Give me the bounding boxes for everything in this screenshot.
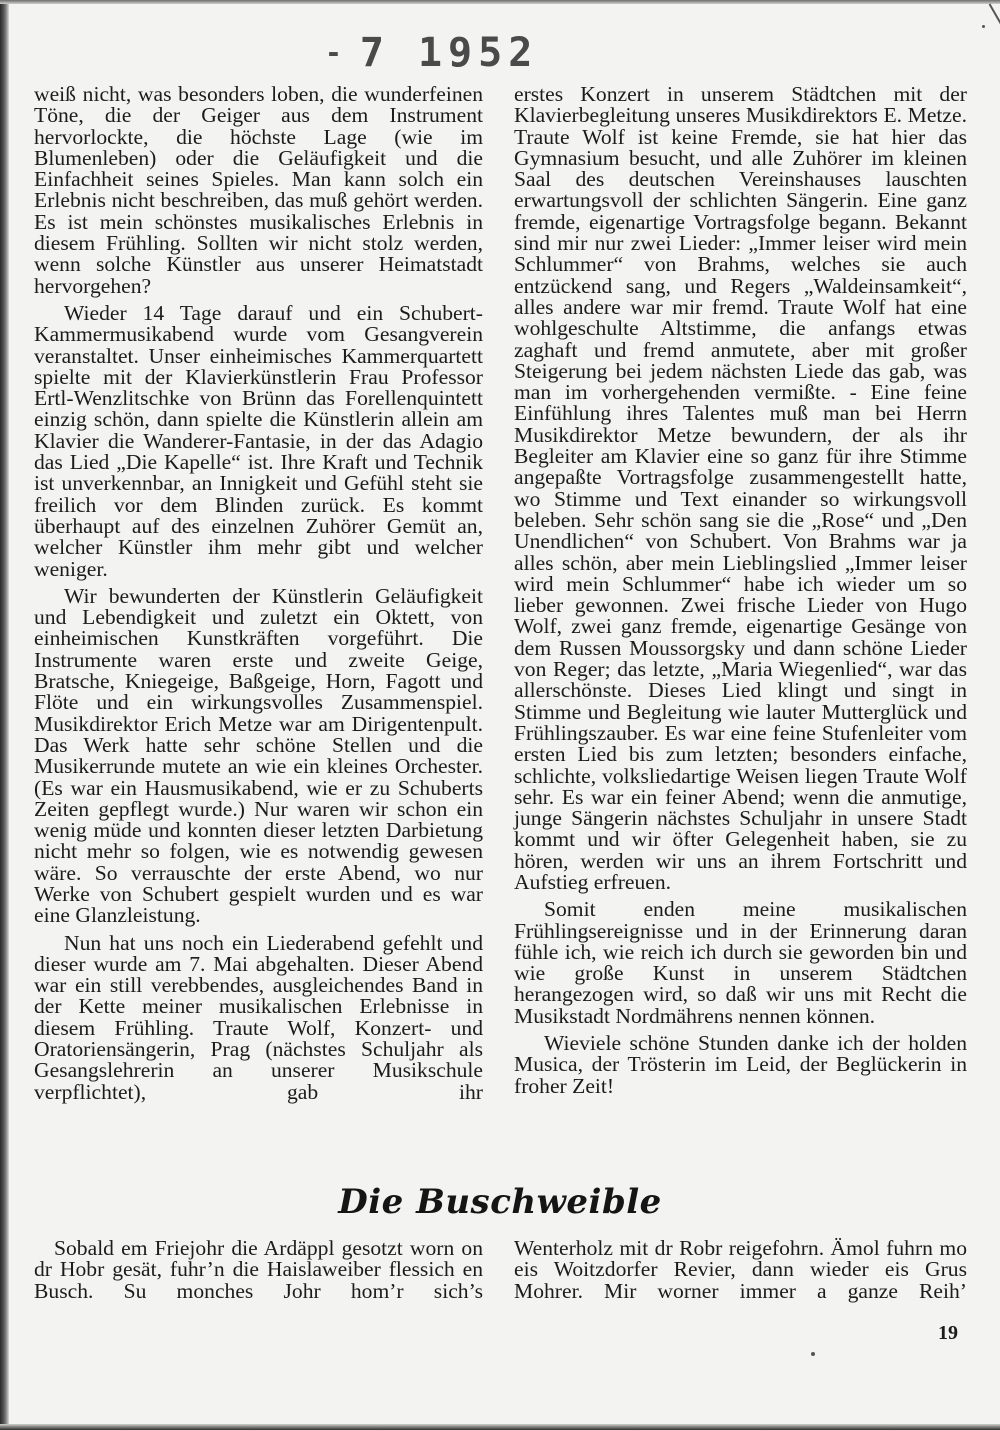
scan-top-edge bbox=[0, 0, 1000, 4]
article-2-title: Die Buschweible bbox=[0, 1182, 1000, 1222]
page-number: 19 bbox=[938, 1322, 958, 1345]
paragraph: Wieviele schöne Stunden danke ich der ho… bbox=[514, 1033, 967, 1097]
paragraph: Wir bewunderten der Künstlerin Geläufigk… bbox=[34, 586, 483, 927]
article-1-left-column: weiß nicht, was besonders loben, die wun… bbox=[34, 84, 483, 1103]
article-1-right-column: erstes Konzert in unserem Städtchen mit … bbox=[514, 84, 967, 1097]
stamp-dash: - bbox=[325, 36, 348, 69]
scan-speck bbox=[811, 1352, 815, 1356]
paragraph: weiß nicht, was besonders loben, die wun… bbox=[34, 84, 483, 297]
paragraph: Sobald em Friejohr die Ardäppl gesotzt w… bbox=[34, 1238, 483, 1302]
article-2-left-column: Sobald em Friejohr die Ardäppl gesotzt w… bbox=[34, 1238, 483, 1302]
scan-mark bbox=[989, 4, 1000, 31]
paragraph: erstes Konzert in unserem Städtchen mit … bbox=[514, 84, 967, 893]
scan-bottom-edge bbox=[0, 1424, 1000, 1430]
stamp-year: 1952 bbox=[418, 30, 538, 76]
scan-speck bbox=[982, 25, 985, 28]
stamp-day: 7 bbox=[360, 30, 390, 76]
paragraph: Somit enden meine musikalischen Frühling… bbox=[514, 899, 967, 1027]
article-2-right-column: Wenterholz mit dr Robr reigefohrn. Ämol … bbox=[514, 1238, 967, 1302]
paragraph: Nun hat uns noch ein Liederabend gefehlt… bbox=[34, 933, 483, 1103]
paragraph: Wieder 14 Tage darauf und ein Schubert-K… bbox=[34, 303, 483, 580]
date-stamp: -71952 bbox=[325, 30, 538, 76]
paragraph: Wenterholz mit dr Robr reigefohrn. Ämol … bbox=[514, 1238, 967, 1302]
